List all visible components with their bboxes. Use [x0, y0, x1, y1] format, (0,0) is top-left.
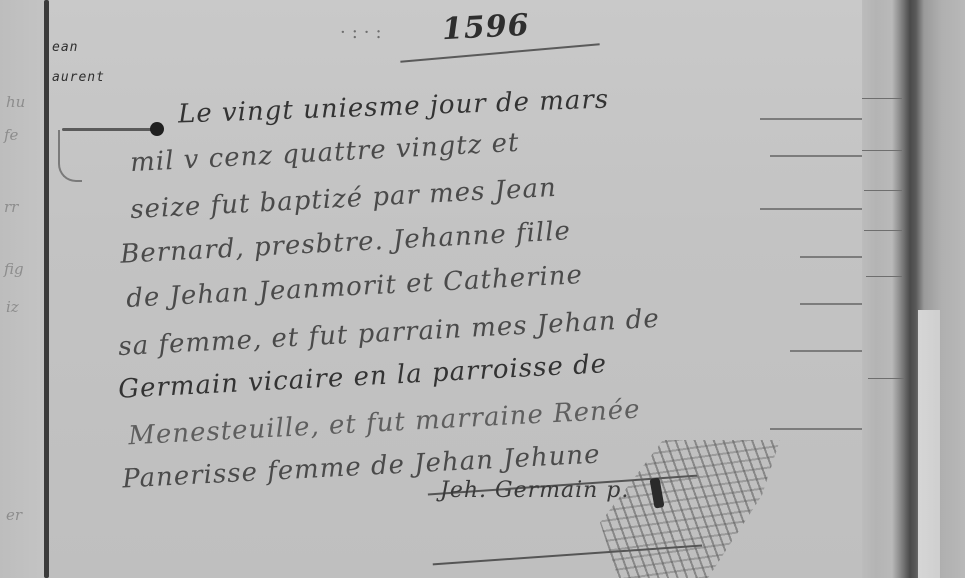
header-dots: ·:·: — [340, 22, 388, 43]
signature-text: Jeh. Germain p. — [440, 478, 629, 503]
margin-note-line: ean — [52, 40, 78, 55]
margin-rule-line — [44, 0, 49, 578]
book-binding-edge — [862, 0, 965, 578]
ruled-line — [770, 155, 865, 157]
entry-line: Le vingt uniesme jour de mars — [178, 84, 610, 129]
page-edge-highlight — [918, 310, 940, 578]
entry-bracket — [58, 130, 82, 182]
binding-ruled-line — [868, 378, 904, 379]
entry-line: mil v cenz quattre vingtz et — [129, 128, 520, 178]
margin-fragment: hu — [6, 95, 25, 110]
margin-note-line: aurent — [52, 70, 105, 85]
binding-ruled-line — [862, 150, 902, 151]
ruled-line — [800, 256, 865, 258]
binding-ruled-line — [864, 230, 902, 231]
margin-fragment: fig — [4, 262, 24, 277]
ruled-line — [760, 208, 865, 210]
ruled-line — [770, 428, 865, 430]
binding-ruled-line — [862, 98, 902, 99]
year-header: 1596 — [441, 8, 530, 48]
margin-fragment: rr — [4, 200, 18, 215]
year-underline — [400, 43, 599, 62]
binding-ruled-line — [864, 190, 902, 191]
binding-ruled-line — [866, 276, 902, 277]
margin-fragment: er — [6, 508, 22, 523]
entry-line: seize fut baptizé par mes Jean — [130, 173, 558, 225]
left-margin-column — [0, 0, 46, 578]
entry-line: Bernard, presbtre. Jehanne fille — [120, 216, 572, 270]
ruled-line — [790, 350, 865, 352]
ruled-line — [800, 303, 865, 305]
ink-blot — [150, 122, 164, 136]
margin-fragment: fe — [4, 128, 18, 143]
ruled-line — [760, 118, 865, 120]
margin-fragment: iz — [6, 300, 19, 315]
manuscript-scan: hu fe rr fig iz er ·:·: 1596 ean aurent … — [0, 0, 965, 578]
entry-line: de Jehan Jeanmorit et Catherine — [126, 260, 584, 314]
